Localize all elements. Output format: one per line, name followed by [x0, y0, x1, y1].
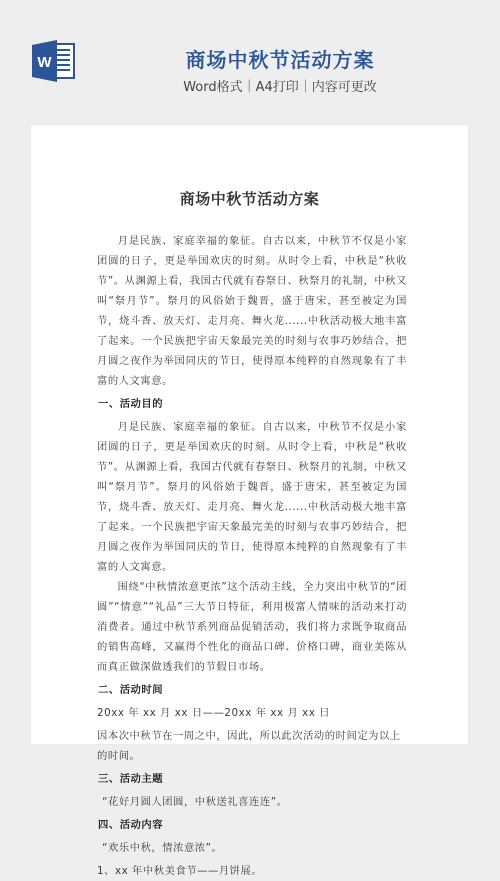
intro-paragraph: 月是民族、家庭幸福的象征。自古以来，中秋节不仅是小家团圆的日子，更是举国欢庆的时…	[97, 231, 407, 391]
purpose-paragraph-2: 围绕“中秋情浓意更浓”这个活动主线，全力突出中秋节的“团圆”“情意”“礼品”三大…	[97, 577, 407, 677]
time-note: 因本次中秋节在一周之中，因此，所以此次活动的时间定为以上的时间。	[97, 726, 407, 750]
document-title: 商场中秋节活动方案	[31, 188, 468, 209]
header-banner: W 商场中秋节活动方案 Word格式｜A4打印｜内容可更改	[0, 0, 500, 125]
time-range: 20xx 年 xx 月 xx 日——20xx 年 xx 月 xx 日	[97, 703, 407, 723]
section-heading-purpose: 一、活动目的	[97, 394, 407, 414]
document-body: 月是民族、家庭幸福的象征。自古以来，中秋节不仅是小家团圆的日子，更是举国欢庆的时…	[97, 231, 407, 750]
banner-title: 商场中秋节活动方案	[100, 44, 460, 73]
purpose-paragraph-1: 月是民族、家庭幸福的象征。自古以来，中秋节不仅是小家团圆的日子，更是举国欢庆的时…	[97, 417, 407, 577]
section-heading-time: 二、活动时间	[97, 680, 407, 700]
svg-text:W: W	[37, 54, 52, 71]
banner-subtitle: Word格式｜A4打印｜内容可更改	[100, 76, 460, 95]
document-page: 商场中秋节活动方案 月是民族、家庭幸福的象征。自古以来，中秋节不仅是小家团圆的日…	[31, 125, 468, 744]
word-document-icon: W	[32, 40, 77, 82]
